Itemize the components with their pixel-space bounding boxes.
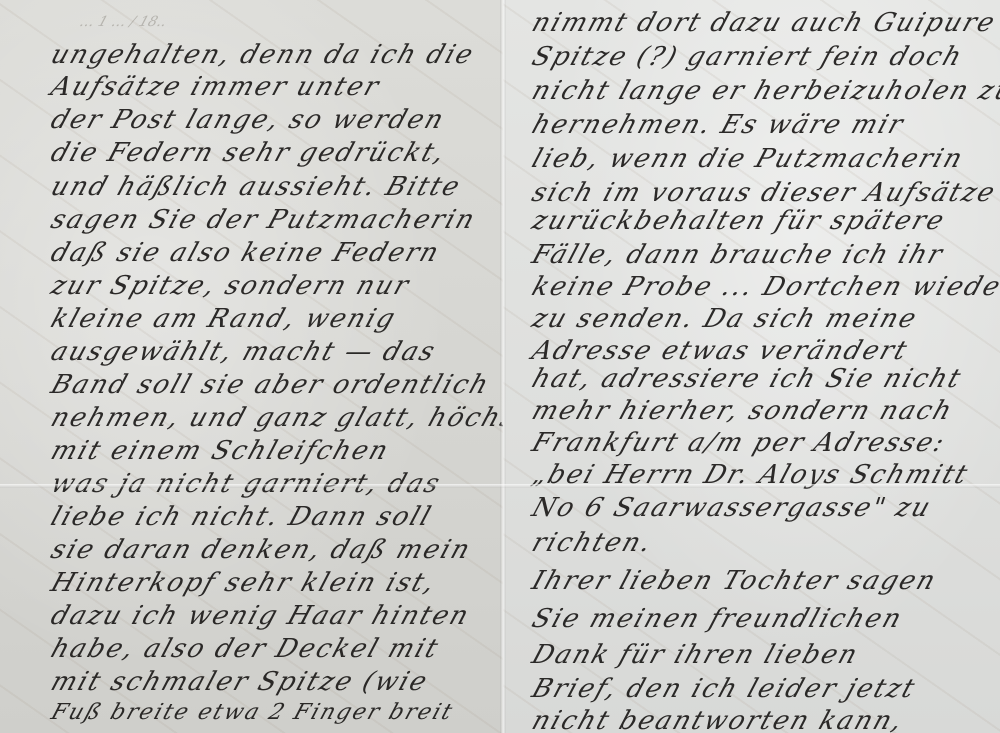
handwritten-line: Band soll sie aber ordentlich bbox=[47, 370, 494, 400]
letter-page-left: … 1 … / 18.. ungehalten, denn da ich die… bbox=[0, 0, 503, 733]
handwritten-line: hernehmen. Es wäre mir bbox=[528, 110, 908, 140]
handwritten-line: habe, also der Deckel mit bbox=[47, 634, 443, 664]
handwritten-line: Spitze (?) garniert fein doch bbox=[528, 42, 967, 72]
handwritten-line: liebe ich nicht. Dann soll bbox=[47, 502, 436, 532]
handwritten-line: No 6 Saarwassergasse" zu bbox=[528, 493, 936, 523]
vertical-page-fold bbox=[500, 0, 506, 733]
handwritten-line: hat, adressiere ich Sie nicht bbox=[528, 364, 966, 394]
handwritten-line: richten. bbox=[528, 528, 657, 558]
handwritten-line: Brief, den ich leider jetzt bbox=[528, 674, 920, 704]
handwritten-line: Dank für ihren lieben bbox=[528, 640, 863, 670]
handwritten-line: zur Spitze, sondern nur bbox=[47, 271, 414, 301]
handwritten-line: und häßlich aussieht. Bitte bbox=[47, 172, 465, 202]
handwritten-line: Adresse etwas verändert bbox=[528, 336, 912, 366]
handwritten-line: nehmen, und ganz glatt, höchstens bbox=[47, 403, 503, 433]
left-page-lines: ungehalten, denn da ich die Aufsätze imm… bbox=[0, 0, 503, 733]
handwritten-line: Hinterkopf sehr klein ist, bbox=[47, 568, 440, 598]
right-page-lines: nimmt dort dazu auch Guipure Spitze (?) … bbox=[503, 0, 1000, 733]
horizontal-page-fold bbox=[0, 484, 1000, 488]
handwritten-line: sagen Sie der Putzmacherin bbox=[47, 205, 480, 235]
handwritten-line: sich im voraus dieser Aufsätze bbox=[528, 178, 1000, 208]
handwritten-line: Sie meinen freundlichen bbox=[528, 604, 907, 634]
handwritten-line: nicht beantworten kann, bbox=[528, 706, 908, 733]
handwritten-line: keine Probe ... Dortchen wieder bbox=[528, 272, 1000, 302]
handwritten-line: der Post lange, so werden bbox=[47, 105, 449, 135]
handwritten-line: Aufsätze immer unter bbox=[47, 72, 384, 102]
handwritten-line: kleine am Rand, wenig bbox=[47, 304, 400, 334]
handwritten-line: mit schmaler Spitze (wie bbox=[47, 667, 432, 697]
handwritten-line: Ihrer lieben Tochter sagen bbox=[528, 566, 941, 596]
handwritten-line: dazu ich wenig Haar hinten bbox=[47, 601, 474, 631]
letter-page-right: nimmt dort dazu auch Guipure Spitze (?) … bbox=[503, 0, 1000, 733]
handwritten-line: mehr hierher, sondern nach bbox=[528, 396, 957, 426]
handwritten-line: sie daran denken, daß mein bbox=[47, 535, 475, 565]
handwritten-line: lieb, wenn die Putzmacherin bbox=[528, 144, 968, 174]
handwritten-line: Fälle, dann brauche ich ihr bbox=[528, 240, 948, 270]
handwritten-line: zurückbehalten für spätere bbox=[528, 206, 949, 236]
handwritten-line: ausgewählt, macht — das bbox=[47, 337, 440, 367]
handwritten-line: mit einem Schleifchen bbox=[47, 436, 393, 466]
handwritten-line: ungehalten, denn da ich die bbox=[47, 40, 478, 70]
handwritten-line: nimmt dort dazu auch Guipure bbox=[528, 8, 1000, 38]
handwritten-line: Frankfurt a/m per Adresse: bbox=[528, 428, 950, 458]
handwritten-line: nicht lange er herbeizuholen zu lang bbox=[528, 76, 1000, 106]
handwritten-line: die Federn sehr gedrückt, bbox=[47, 138, 450, 168]
handwritten-line: zu senden. Da sich meine bbox=[528, 304, 922, 334]
handwritten-line: Fuß breite etwa 2 Finger breit bbox=[48, 700, 457, 725]
handwritten-line: daß sie also keine Federn bbox=[47, 238, 444, 268]
